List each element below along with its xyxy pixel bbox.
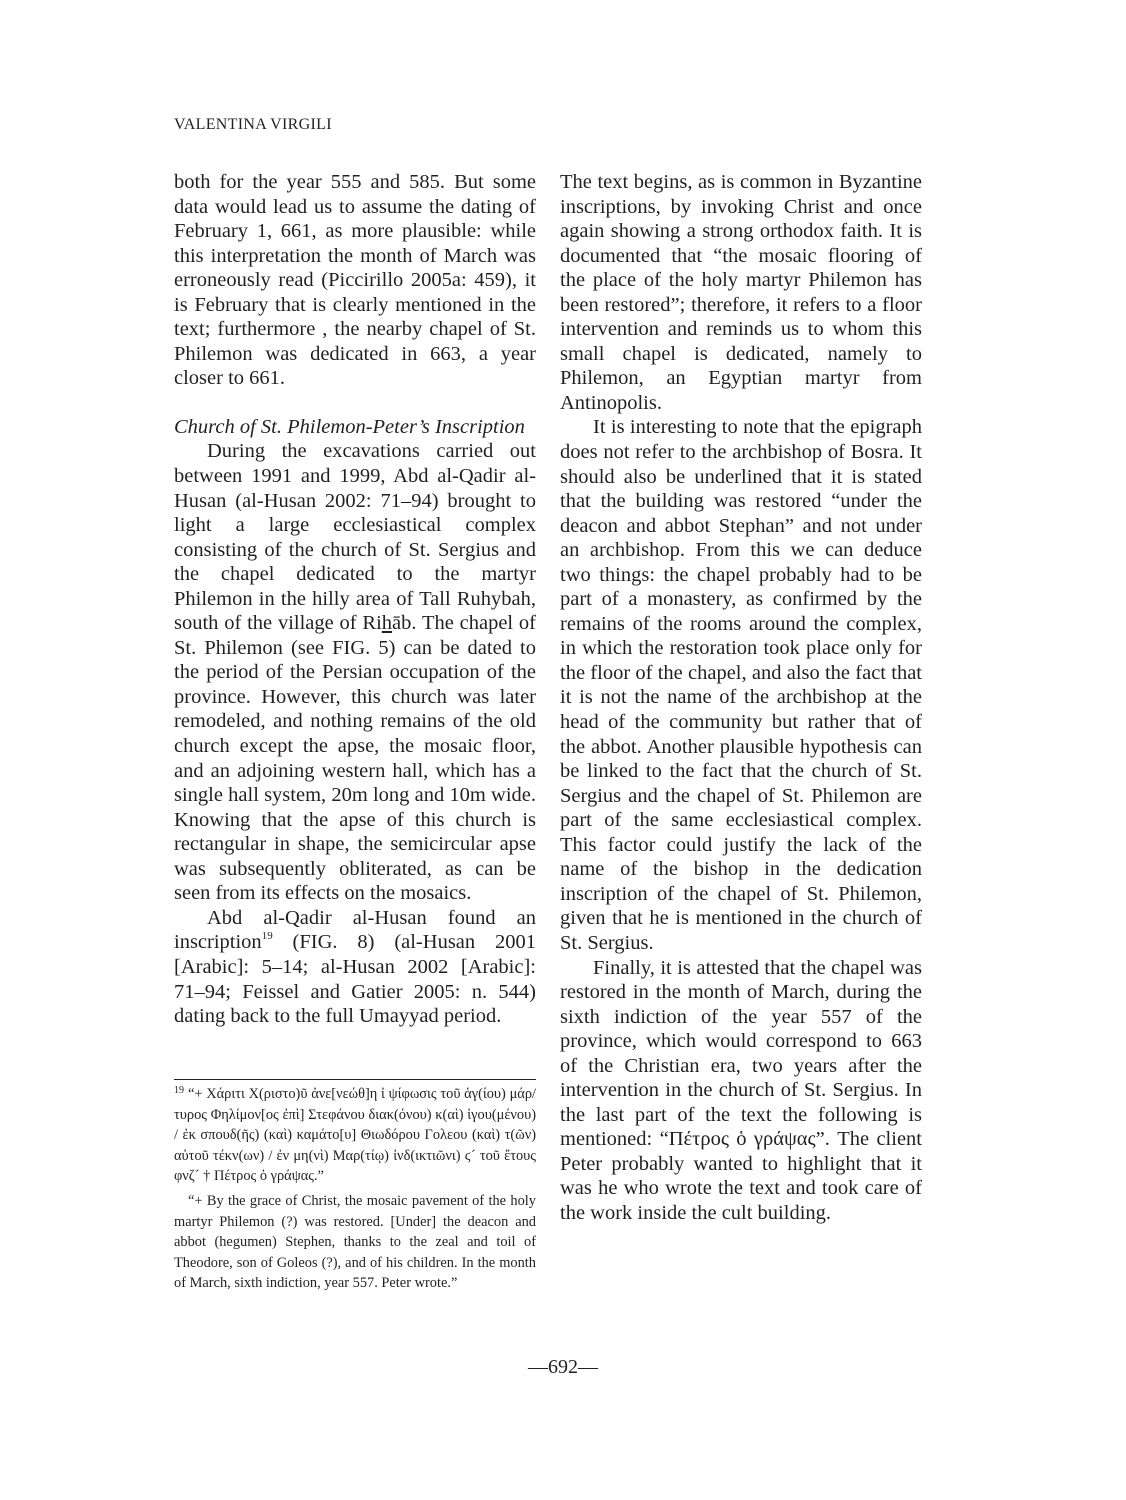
body-paragraph: Abd al-Qadir al-Husan found an inscripti… bbox=[174, 906, 536, 1029]
text-run: āb. The chapel of St. Philemon (see FIG.… bbox=[174, 612, 536, 904]
page-number: —692— bbox=[0, 1356, 1126, 1379]
body-paragraph: During the excavations carried out betwe… bbox=[174, 439, 536, 905]
text-run: During the excavations carried out betwe… bbox=[174, 440, 536, 634]
right-column: The text begins, as is common in Byzan­t… bbox=[560, 170, 922, 1226]
footnotes: 19“+ Χάριτι Χ(ριστο)ῦ ἀνε[νεώθ]η ἰ ψίφωσ… bbox=[174, 1084, 536, 1294]
body-paragraph: Finally, it is attested that the chapel … bbox=[560, 956, 922, 1226]
footnote-translation: “+ By the grace of Christ, the mosaic pa… bbox=[174, 1191, 536, 1294]
running-head-author: VALENTINA VIRGILI bbox=[174, 116, 332, 134]
footnote-greek: 19“+ Χάριτι Χ(ριστο)ῦ ἀνε[νεώθ]η ἰ ψίφωσ… bbox=[174, 1084, 536, 1187]
footnote-number: 19 bbox=[174, 1085, 184, 1096]
footnote-greek-text: “+ Χάριτι Χ(ριστο)ῦ ἀνε[νεώθ]η ἰ ψίφωσις… bbox=[174, 1086, 536, 1184]
underlined-letter: h bbox=[382, 612, 392, 634]
body-paragraph: both for the year 555 and 585. But some … bbox=[174, 170, 536, 391]
footnote-reference[interactable]: 19 bbox=[262, 930, 273, 942]
body-paragraph: The text begins, as is common in Byzan­t… bbox=[560, 170, 922, 415]
body-paragraph: It is interesting to note that the epi­g… bbox=[560, 415, 922, 955]
footnote-divider bbox=[174, 1079, 536, 1080]
left-column: both for the year 555 and 585. But some … bbox=[174, 170, 536, 1029]
section-subheading: Church of St. Philemon-Peter’s Inscripti… bbox=[174, 415, 536, 440]
